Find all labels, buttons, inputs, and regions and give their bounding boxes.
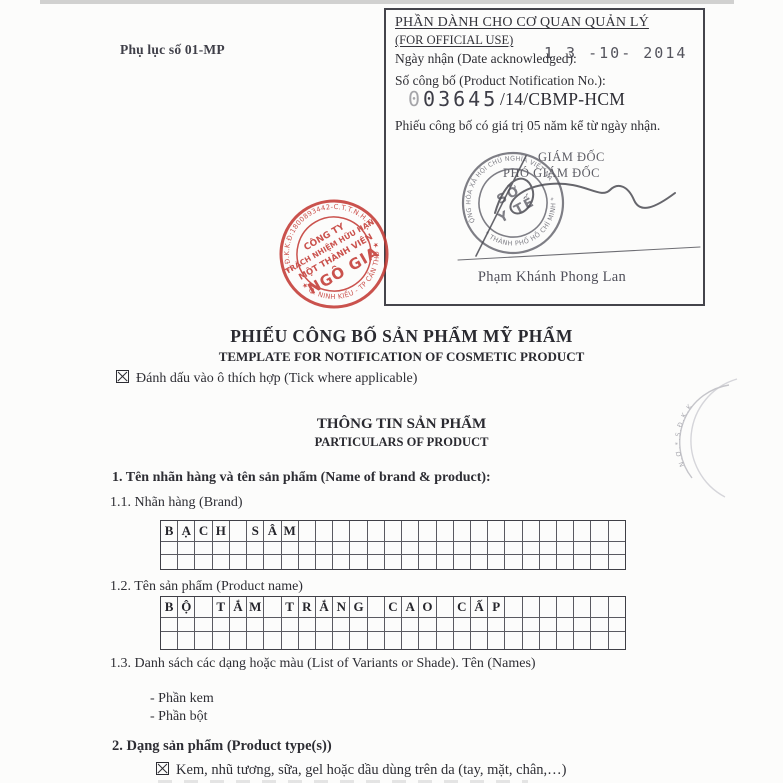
grid-cell (161, 542, 178, 554)
grid-cell (264, 632, 281, 649)
signature-scribble (495, 179, 675, 214)
grid-cell (540, 542, 557, 554)
grid-cell: C (454, 597, 471, 617)
grid-cell (161, 632, 178, 649)
section-info-title-vi: THÔNG TIN SẢN PHẨM (20, 416, 783, 433)
grid-cell (368, 521, 385, 541)
grid-cell (247, 618, 264, 631)
date-received-stamp: 1 3 -10- 2014 (544, 44, 687, 62)
section11-label: 1.1. Nhãn hàng (Brand) (110, 495, 243, 511)
grid-cell: Ấ (471, 597, 488, 617)
grid-cell (574, 555, 591, 569)
grid-cell (230, 632, 247, 649)
grid-cell (368, 597, 385, 617)
grid-cell (333, 632, 350, 649)
grid-cell (195, 555, 212, 569)
grid-cell (230, 542, 247, 554)
grid-cell (471, 521, 488, 541)
grid-cell (264, 597, 281, 617)
grid-cell (437, 632, 454, 649)
official-box-title-en: (FOR OFFICIAL USE) (395, 33, 513, 48)
grid-cell (437, 618, 454, 631)
grid-cell (368, 632, 385, 649)
grid-cell (591, 555, 608, 569)
grid-cell: B (161, 521, 178, 541)
grid-cell (471, 555, 488, 569)
grid-cell (230, 555, 247, 569)
grid-cell (505, 542, 522, 554)
grid-cell (282, 555, 299, 569)
grid-cell (247, 542, 264, 554)
grid-cell (540, 618, 557, 631)
grid-cell (523, 521, 540, 541)
grid-cell (247, 555, 264, 569)
grid-cell (437, 597, 454, 617)
grid-cell (419, 542, 436, 554)
grid-cell (230, 521, 247, 541)
grid-cell (454, 618, 471, 631)
scan-edge-artifact (40, 0, 734, 4)
tick-note-line: Đánh dấu vào ô thích hợp (Tick where app… (116, 370, 417, 387)
grid-cell (488, 542, 505, 554)
grid-cell: S (247, 521, 264, 541)
grid-cell (557, 632, 574, 649)
grid-row (161, 632, 625, 649)
grid-cell (385, 555, 402, 569)
checkbox-checked-icon (116, 370, 129, 383)
grid-cell (591, 597, 608, 617)
grid-row: BẠCHSÂM (161, 521, 625, 542)
grid-cell (213, 555, 230, 569)
grid-cell (264, 555, 281, 569)
product-type-option-1: Kem, nhũ tương, sữa, gel hoặc dầu dùng t… (156, 762, 566, 779)
grid-cell (505, 632, 522, 649)
section13-label: 1.3. Danh sách các dạng hoặc màu (List o… (110, 656, 536, 672)
grid-cell (557, 618, 574, 631)
grid-cell: Â (264, 521, 281, 541)
grid-cell: Ạ (178, 521, 195, 541)
grid-cell (609, 521, 625, 541)
validity-note: Phiếu công bố có giá trị 05 năm kể từ ng… (395, 118, 660, 134)
grid-cell (540, 555, 557, 569)
grid-cell: T (213, 597, 230, 617)
grid-cell (437, 542, 454, 554)
grid-cell: Ắ (316, 597, 333, 617)
grid-cell (316, 618, 333, 631)
grid-cell (557, 542, 574, 554)
grid-cell (523, 542, 540, 554)
grid-cell (333, 618, 350, 631)
grid-cell (230, 618, 247, 631)
notification-number-suffix: /14/CBMP-HCM (500, 89, 625, 110)
grid-cell (591, 542, 608, 554)
grid-cell (333, 521, 350, 541)
grid-cell (574, 618, 591, 631)
grid-cell (161, 555, 178, 569)
grid-cell (385, 542, 402, 554)
grid-cell (195, 597, 212, 617)
grid-cell (609, 597, 625, 617)
grid-cell (609, 632, 625, 649)
grid-cell (505, 597, 522, 617)
grid-cell (213, 632, 230, 649)
grid-cell (299, 555, 316, 569)
grid-cell (454, 542, 471, 554)
grid-cell: N (333, 597, 350, 617)
grid-cell (247, 632, 264, 649)
grid-cell (419, 521, 436, 541)
grid-cell (471, 632, 488, 649)
signature-flourish-stroke (476, 156, 526, 256)
tick-note-text: Đánh dấu vào ô thích hợp (Tick where app… (136, 371, 417, 386)
grid-cell (454, 555, 471, 569)
grid-cell (195, 618, 212, 631)
grid-cell: T (282, 597, 299, 617)
grid-cell (350, 555, 367, 569)
official-box-title-vi: PHẦN DÀNH CHO CƠ QUAN QUẢN LÝ (395, 15, 649, 31)
grid-cell (402, 555, 419, 569)
form-title-vi: PHIẾU CÔNG BỐ SẢN PHẨM MỸ PHẨM (20, 326, 783, 347)
grid-cell: A (402, 597, 419, 617)
grid-cell (178, 632, 195, 649)
grid-cell (540, 597, 557, 617)
grid-cell (333, 555, 350, 569)
appendix-label: Phụ lục số 01-MP (120, 42, 225, 58)
section12-label: 1.2. Tên sản phẩm (Product name) (110, 579, 303, 595)
grid-cell (574, 542, 591, 554)
form-title-en: TEMPLATE FOR NOTIFICATION OF COSMETIC PR… (20, 349, 783, 365)
section2-heading: 2. Dạng sản phẩm (Product type(s)) (112, 738, 332, 755)
grid-cell (213, 618, 230, 631)
grid-cell (316, 521, 333, 541)
company-red-stamp: S.Đ.K.K.Đ:1800893442-C.T.T.N.H.H ★ Q. NI… (276, 196, 392, 312)
grid-cell (316, 542, 333, 554)
grid-cell (471, 618, 488, 631)
brand-letter-grid: BẠCHSÂM (160, 520, 626, 570)
grid-cell (385, 618, 402, 631)
grid-cell: Ộ (178, 597, 195, 617)
signature (450, 148, 708, 270)
grid-cell (591, 618, 608, 631)
grid-cell: G (350, 597, 367, 617)
grid-cell (402, 542, 419, 554)
grid-cell: Ắ (230, 597, 247, 617)
grid-row (161, 542, 625, 555)
grid-cell (505, 618, 522, 631)
grid-cell (488, 555, 505, 569)
variant-item-2: - Phần bột (150, 709, 208, 725)
section-info-title-en: PARTICULARS OF PRODUCT (20, 435, 783, 450)
grid-row: BỘTẮMTRẮNGCAOCẤP (161, 597, 625, 618)
grid-cell (591, 521, 608, 541)
grid-cell (523, 618, 540, 631)
grid-cell (557, 555, 574, 569)
grid-cell (282, 618, 299, 631)
grid-cell (540, 632, 557, 649)
grid-cell (419, 618, 436, 631)
grid-cell (178, 542, 195, 554)
grid-cell (574, 521, 591, 541)
variant-item-1: - Phần kem (150, 691, 214, 707)
grid-cell (299, 521, 316, 541)
grid-cell (402, 618, 419, 631)
grid-row (161, 618, 625, 632)
grid-cell (161, 618, 178, 631)
section1-heading: 1. Tên nhãn hàng và tên sản phẩm (Name o… (112, 470, 491, 486)
grid-cell (437, 555, 454, 569)
grid-cell (316, 555, 333, 569)
grid-cell (350, 618, 367, 631)
grid-cell (264, 618, 281, 631)
grid-cell (178, 618, 195, 631)
grid-cell (385, 632, 402, 649)
grid-cell (505, 555, 522, 569)
grid-cell (350, 542, 367, 554)
grid-cell (609, 555, 625, 569)
grid-cell: M (247, 597, 264, 617)
grid-cell (488, 632, 505, 649)
grid-cell (195, 632, 212, 649)
grid-cell (523, 597, 540, 617)
scanned-document-page: Phụ lục số 01-MP PHẦN DÀNH CHO CƠ QUAN Q… (0, 0, 783, 783)
signer-name: Phạm Khánh Phong Lan (462, 269, 642, 286)
grid-cell (195, 542, 212, 554)
grid-cell (419, 555, 436, 569)
grid-cell (609, 542, 625, 554)
grid-cell (333, 542, 350, 554)
grid-cell (488, 618, 505, 631)
grid-cell (574, 632, 591, 649)
grid-cell (350, 632, 367, 649)
notification-number-stamp: 003645 (408, 87, 498, 111)
grid-cell (282, 632, 299, 649)
grid-cell (557, 521, 574, 541)
grid-cell (264, 542, 281, 554)
grid-cell (557, 597, 574, 617)
grid-cell (419, 632, 436, 649)
grid-cell (368, 542, 385, 554)
grid-cell (299, 618, 316, 631)
grid-cell (299, 632, 316, 649)
product-type-option-1-text: Kem, nhũ tương, sữa, gel hoặc dầu dùng t… (176, 762, 566, 778)
grid-cell (471, 542, 488, 554)
grid-cell: B (161, 597, 178, 617)
grid-cell (178, 555, 195, 569)
grid-cell (523, 555, 540, 569)
grid-cell (282, 542, 299, 554)
grid-cell (385, 521, 402, 541)
grid-cell: O (419, 597, 436, 617)
grid-cell: R (299, 597, 316, 617)
grid-cell (609, 618, 625, 631)
grid-cell (574, 597, 591, 617)
grid-cell (488, 521, 505, 541)
grid-cell (402, 521, 419, 541)
grid-cell (368, 618, 385, 631)
grid-cell: C (195, 521, 212, 541)
grid-cell: C (385, 597, 402, 617)
grid-cell (350, 521, 367, 541)
grid-cell: P (488, 597, 505, 617)
grid-cell (368, 555, 385, 569)
grid-cell (505, 521, 522, 541)
grid-cell (540, 521, 557, 541)
product-name-letter-grid: BỘTẮMTRẮNGCAOCẤP (160, 596, 626, 650)
grid-cell (402, 632, 419, 649)
checkbox-checked-icon (156, 762, 169, 775)
grid-cell (213, 542, 230, 554)
grid-cell: M (282, 521, 299, 541)
grid-cell (299, 542, 316, 554)
grid-cell (591, 632, 608, 649)
grid-cell (437, 521, 454, 541)
grid-row (161, 555, 625, 569)
signature-underline (458, 247, 700, 260)
grid-cell: H (213, 521, 230, 541)
grid-cell (454, 632, 471, 649)
grid-cell (523, 632, 540, 649)
grid-cell (454, 521, 471, 541)
grid-cell (316, 632, 333, 649)
